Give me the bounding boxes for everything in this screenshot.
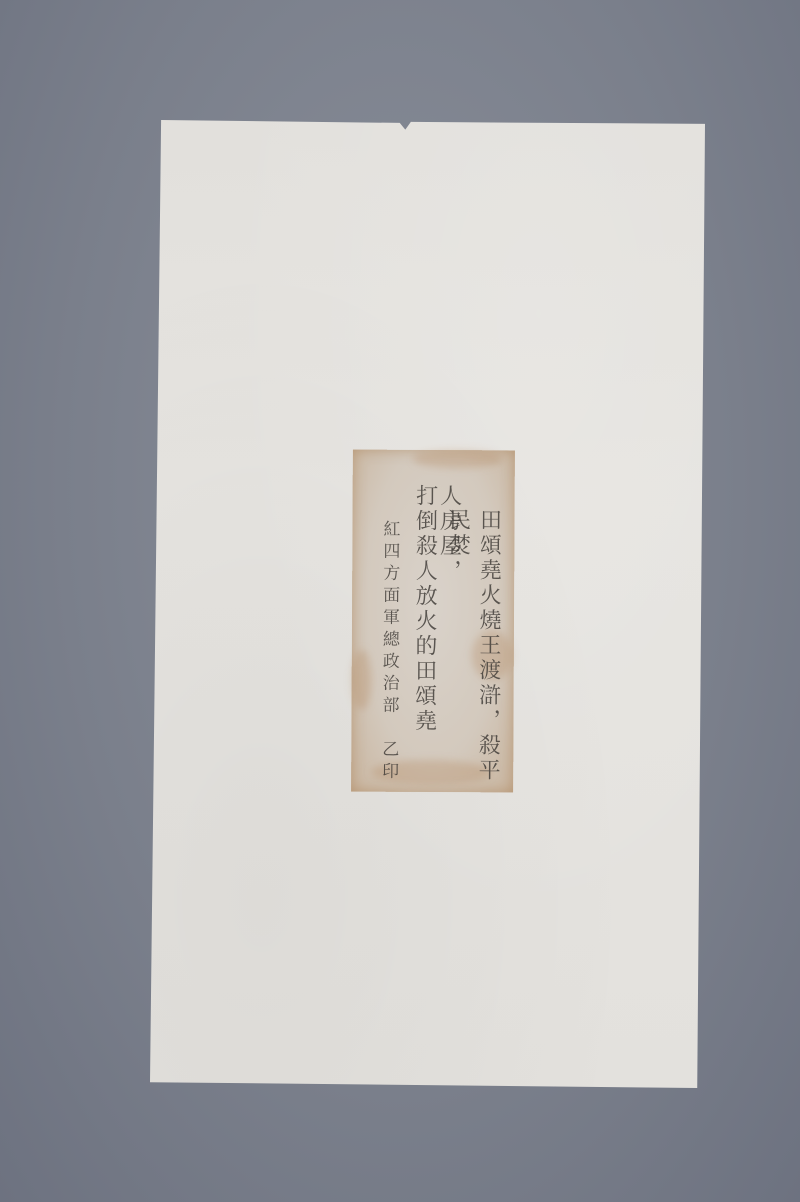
issuer-signature: 紅四方面軍總政治部 乙印 xyxy=(376,520,402,784)
slogan-line-3: 打倒殺人放火的田頌堯 xyxy=(408,484,440,734)
slogan-slip: 田頌堯火燒王渡滸，殺平民焚 人房屋， 打倒殺人放火的田頌堯 紅四方面軍總政治部 … xyxy=(351,450,515,793)
